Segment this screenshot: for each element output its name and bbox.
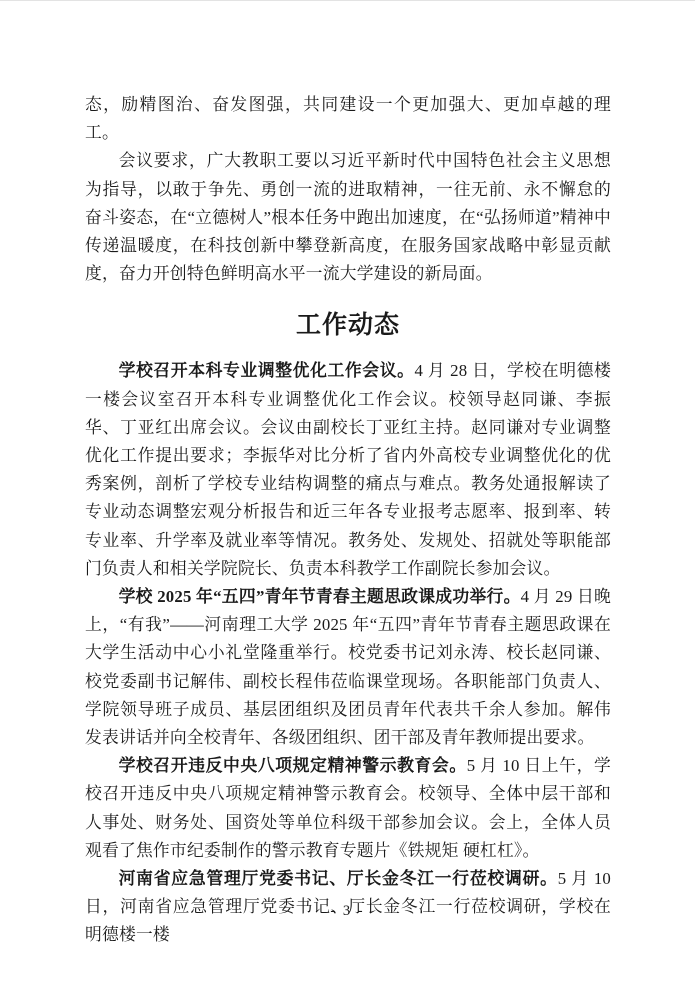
news-item-title: 学校召开本科专业调整优化工作会议。: [119, 361, 415, 380]
document-page: 态，励精图治、奋发图强，共同建设一个更加强大、更加卓越的理工。 会议要求，广大教…: [0, 0, 695, 983]
news-item-body: 4 月 29 日晚上，“有我”——河南理工大学 2025 年“五四”青年节青春主…: [85, 587, 611, 747]
news-item-title: 学校召开违反中央八项规定精神警示教育会。: [119, 756, 467, 775]
news-item: 学校召开本科专业调整优化工作会议。4 月 28 日，学校在明德楼一楼会议室召开本…: [85, 357, 611, 583]
news-item: 学校 2025 年“五四”青年节青春主题思政课成功举行。4 月 29 日晚上，“…: [85, 583, 611, 752]
news-item: 学校召开违反中央八项规定精神警示教育会。5 月 10 日上午，学校召开违反中央八…: [85, 752, 611, 865]
news-item-title: 学校 2025 年“五四”青年节青春主题思政课成功举行。: [119, 587, 521, 606]
section-heading: 工作动态: [85, 311, 611, 341]
news-item-body: 4 月 28 日，学校在明德楼一楼会议室召开本科专业调整优化工作会议。校领导赵同…: [85, 361, 611, 577]
news-item-title: 河南省应急管理厅党委书记、厅长金冬江一行莅校调研。: [119, 869, 558, 888]
paragraph-intro: 会议要求，广大教职工要以习近平新时代中国特色社会主义思想为指导，以敢于争先、勇创…: [85, 147, 611, 288]
paragraph-continuation: 态，励精图治、奋发图强，共同建设一个更加强大、更加卓越的理工。: [85, 91, 611, 147]
page-number: - 3 -: [0, 903, 695, 920]
page-content: 态，励精图治、奋发图强，共同建设一个更加强大、更加卓越的理工。 会议要求，广大教…: [85, 91, 611, 950]
